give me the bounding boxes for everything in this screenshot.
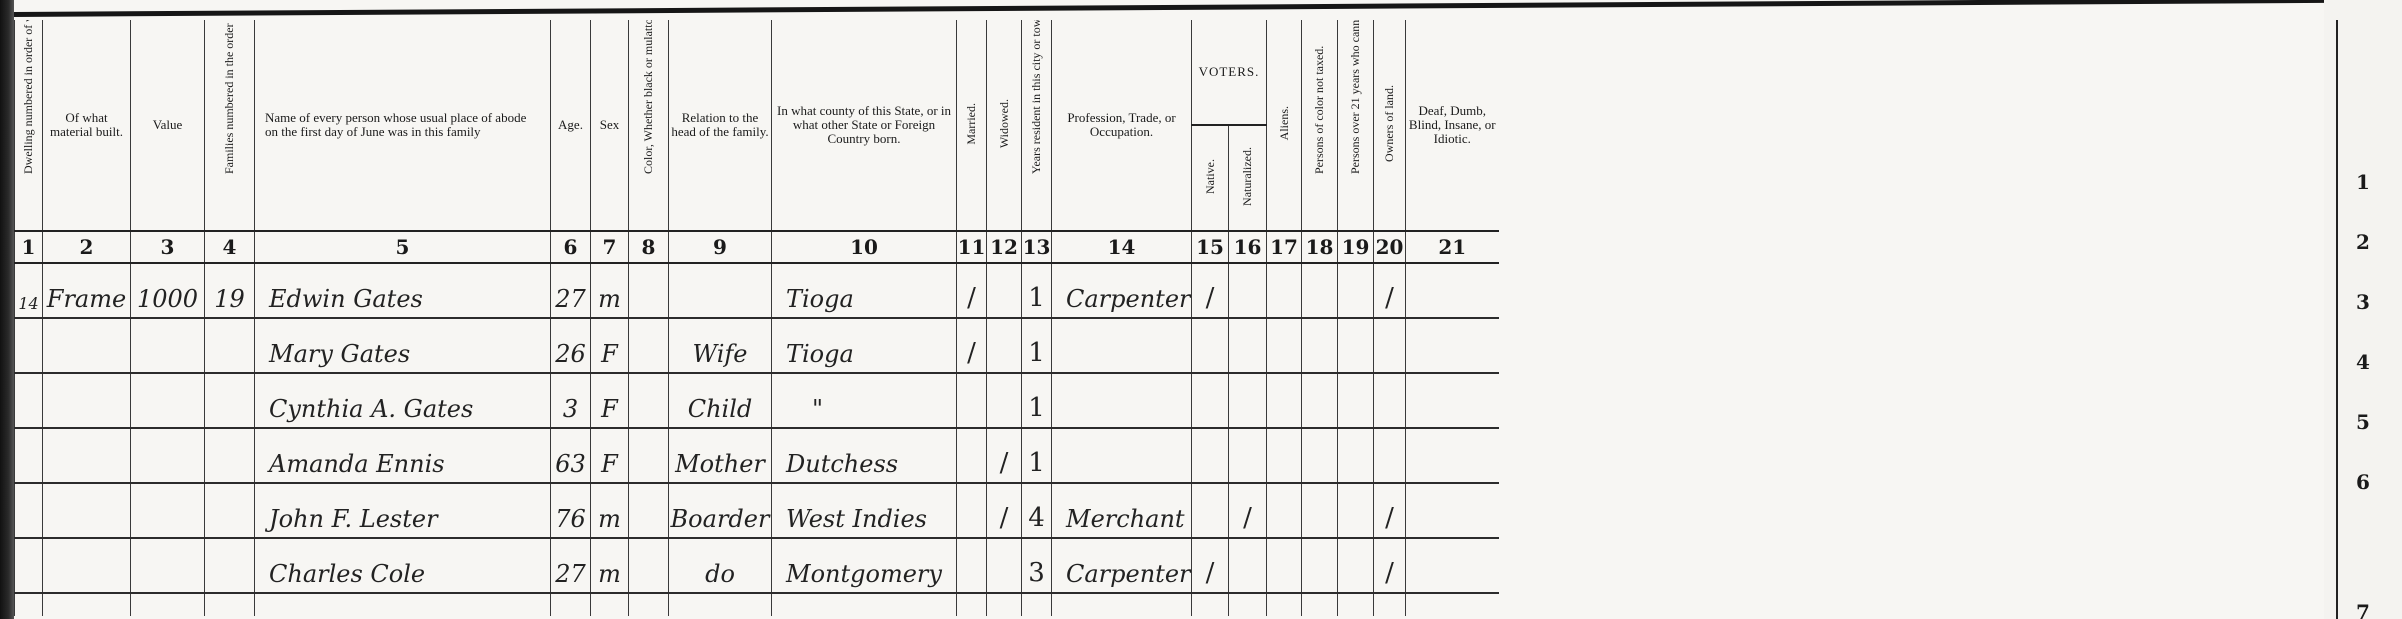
widowed bbox=[987, 373, 1022, 428]
age: 76 bbox=[551, 483, 591, 538]
header-col-6: Age. bbox=[551, 20, 591, 231]
aliens bbox=[1267, 318, 1302, 373]
header-col-19: Persons over 21 years who cannot read an… bbox=[1338, 20, 1374, 231]
table-row-partial bbox=[15, 593, 1499, 616]
voter-native bbox=[1192, 373, 1229, 428]
column-number: 10 bbox=[772, 231, 957, 263]
years-resident: 1 bbox=[1022, 318, 1052, 373]
material-built bbox=[43, 318, 131, 373]
color bbox=[629, 538, 669, 593]
table-row: Cynthia A. Gates 3 F Child " 1 bbox=[15, 373, 1499, 428]
header-col-7: Sex bbox=[591, 20, 629, 231]
line-number: 4 bbox=[2356, 350, 2370, 374]
aliens bbox=[1267, 483, 1302, 538]
header-col-17: Aliens. bbox=[1267, 20, 1302, 231]
widowed bbox=[987, 538, 1022, 593]
dwelling-number: 14 bbox=[15, 263, 43, 318]
aliens bbox=[1267, 263, 1302, 318]
column-number: 20 bbox=[1374, 231, 1406, 263]
color bbox=[629, 373, 669, 428]
column-number: 8 bbox=[629, 231, 669, 263]
column-number: 7 bbox=[591, 231, 629, 263]
birthplace: Dutchess bbox=[772, 428, 957, 483]
relation: do bbox=[669, 538, 772, 593]
age: 26 bbox=[551, 318, 591, 373]
relation: Child bbox=[669, 373, 772, 428]
color-not-taxed bbox=[1302, 428, 1338, 483]
column-number: 21 bbox=[1406, 231, 1499, 263]
line-number: 1 bbox=[2356, 170, 2370, 194]
column-number: 17 bbox=[1267, 231, 1302, 263]
owner-of-land: / bbox=[1374, 263, 1406, 318]
dwelling-number bbox=[15, 373, 43, 428]
header-col-1: Dwelling numbered in order of visitation bbox=[15, 20, 43, 231]
age: 3 bbox=[551, 373, 591, 428]
voter-native bbox=[1192, 428, 1229, 483]
header-col-2: Of what material built. bbox=[43, 20, 131, 231]
occupation: Carpenter bbox=[1052, 263, 1192, 318]
value: 1000 bbox=[131, 263, 205, 318]
occupation: Merchant bbox=[1052, 483, 1192, 538]
voter-native: / bbox=[1192, 538, 1229, 593]
person-name: Edwin Gates bbox=[255, 263, 551, 318]
family-number bbox=[205, 483, 255, 538]
column-number: 13 bbox=[1022, 231, 1052, 263]
family-number bbox=[205, 538, 255, 593]
voter-naturalized bbox=[1229, 428, 1267, 483]
disability bbox=[1406, 263, 1499, 318]
person-name: Mary Gates bbox=[255, 318, 551, 373]
birthplace: Montgomery bbox=[772, 538, 957, 593]
cannot-read-write bbox=[1338, 538, 1374, 593]
married bbox=[957, 373, 987, 428]
person-name: John F. Lester bbox=[255, 483, 551, 538]
occupation bbox=[1052, 318, 1192, 373]
column-number: 4 bbox=[205, 231, 255, 263]
occupation bbox=[1052, 373, 1192, 428]
column-number: 12 bbox=[987, 231, 1022, 263]
sex: F bbox=[591, 318, 629, 373]
material-built bbox=[43, 483, 131, 538]
column-number: 2 bbox=[43, 231, 131, 263]
header-col-11: Married. bbox=[957, 20, 987, 231]
married: / bbox=[957, 318, 987, 373]
cannot-read-write bbox=[1338, 483, 1374, 538]
cannot-read-write bbox=[1338, 263, 1374, 318]
married bbox=[957, 428, 987, 483]
header-row: Dwelling numbered in order of visitation… bbox=[15, 20, 1499, 125]
occupation bbox=[1052, 428, 1192, 483]
owner-of-land: / bbox=[1374, 538, 1406, 593]
color bbox=[629, 483, 669, 538]
age: 27 bbox=[551, 263, 591, 318]
widowed bbox=[987, 263, 1022, 318]
birthplace: Tioga bbox=[772, 263, 957, 318]
aliens bbox=[1267, 428, 1302, 483]
table-row: Amanda Ennis 63 F Mother Dutchess / 1 bbox=[15, 428, 1499, 483]
header-col-5: Name of every person whose usual place o… bbox=[255, 20, 551, 231]
color bbox=[629, 263, 669, 318]
married bbox=[957, 483, 987, 538]
family-number bbox=[205, 373, 255, 428]
column-number-row: 1 2 3 4 5 6 7 8 9 10 11 12 13 14 15 16 1… bbox=[15, 231, 1499, 263]
relation: Mother bbox=[669, 428, 772, 483]
relation: Boarder bbox=[669, 483, 772, 538]
years-resident: 1 bbox=[1022, 373, 1052, 428]
material-built bbox=[43, 538, 131, 593]
aliens bbox=[1267, 373, 1302, 428]
header-col-18: Persons of color not taxed. bbox=[1302, 20, 1338, 231]
line-number: 2 bbox=[2356, 230, 2370, 254]
column-number: 11 bbox=[957, 231, 987, 263]
dwelling-number bbox=[15, 318, 43, 373]
header-col-14: Profession, Trade, or Occupation. bbox=[1052, 20, 1192, 231]
sex: m bbox=[591, 483, 629, 538]
voter-native: / bbox=[1192, 263, 1229, 318]
header-col-20: Owners of land. bbox=[1374, 20, 1406, 231]
color bbox=[629, 318, 669, 373]
voter-naturalized bbox=[1229, 318, 1267, 373]
owner-of-land bbox=[1374, 318, 1406, 373]
header-col-15: Native. bbox=[1192, 125, 1229, 231]
census-sheet: Dwelling numbered in order of visitation… bbox=[14, 0, 2324, 619]
color-not-taxed bbox=[1302, 318, 1338, 373]
header-col-12: Widowed. bbox=[987, 20, 1022, 231]
material-built bbox=[43, 373, 131, 428]
widowed bbox=[987, 318, 1022, 373]
years-resident: 4 bbox=[1022, 483, 1052, 538]
disability bbox=[1406, 483, 1499, 538]
owner-of-land: / bbox=[1374, 483, 1406, 538]
column-number: 3 bbox=[131, 231, 205, 263]
person-name: Amanda Ennis bbox=[255, 428, 551, 483]
disability bbox=[1406, 538, 1499, 593]
color-not-taxed bbox=[1302, 373, 1338, 428]
disability bbox=[1406, 318, 1499, 373]
value bbox=[131, 318, 205, 373]
header-col-16: Naturalized. bbox=[1229, 125, 1267, 231]
column-number: 14 bbox=[1052, 231, 1192, 263]
line-number: 3 bbox=[2356, 290, 2370, 314]
dwelling-number bbox=[15, 483, 43, 538]
age: 63 bbox=[551, 428, 591, 483]
sex: m bbox=[591, 538, 629, 593]
column-number: 15 bbox=[1192, 231, 1229, 263]
voter-naturalized bbox=[1229, 263, 1267, 318]
table-row: Mary Gates 26 F Wife Tioga / 1 bbox=[15, 318, 1499, 373]
column-number: 1 bbox=[15, 231, 43, 263]
header-col-13: Years resident in this city or town. bbox=[1022, 20, 1052, 231]
cannot-read-write bbox=[1338, 428, 1374, 483]
sex: m bbox=[591, 263, 629, 318]
sex: F bbox=[591, 428, 629, 483]
line-number: 6 bbox=[2356, 470, 2370, 494]
widowed: / bbox=[987, 483, 1022, 538]
value bbox=[131, 538, 205, 593]
years-resident: 1 bbox=[1022, 263, 1052, 318]
voter-native bbox=[1192, 483, 1229, 538]
dwelling-number bbox=[15, 538, 43, 593]
age: 27 bbox=[551, 538, 591, 593]
cannot-read-write bbox=[1338, 373, 1374, 428]
table-row: 14 Frame 1000 19 Edwin Gates 27 m Tioga … bbox=[15, 263, 1499, 318]
owner-of-land bbox=[1374, 428, 1406, 483]
header-voters-group: VOTERS. bbox=[1192, 20, 1267, 125]
color-not-taxed bbox=[1302, 538, 1338, 593]
header-col-21: Deaf, Dumb, Blind, Insane, or Idiotic. bbox=[1406, 20, 1499, 231]
birthplace: " bbox=[772, 373, 957, 428]
dwelling-number bbox=[15, 428, 43, 483]
line-number: 5 bbox=[2356, 410, 2370, 434]
header-col-10: In what county of this State, or in what… bbox=[772, 20, 957, 231]
line-number-margin: 1 2 3 4 5 6 7 bbox=[2334, 0, 2394, 619]
line-number: 7 bbox=[2356, 600, 2370, 619]
years-resident: 1 bbox=[1022, 428, 1052, 483]
material-built: Frame bbox=[43, 263, 131, 318]
married bbox=[957, 538, 987, 593]
column-number: 5 bbox=[255, 231, 551, 263]
header-col-9: Relation to the head of the family. bbox=[669, 20, 772, 231]
family-number bbox=[205, 318, 255, 373]
value bbox=[131, 483, 205, 538]
color bbox=[629, 428, 669, 483]
column-number: 6 bbox=[551, 231, 591, 263]
occupation: Carpenter bbox=[1052, 538, 1192, 593]
person-name: Cynthia A. Gates bbox=[255, 373, 551, 428]
person-name: Charles Cole bbox=[255, 538, 551, 593]
relation: Wife bbox=[669, 318, 772, 373]
column-number: 19 bbox=[1338, 231, 1374, 263]
value bbox=[131, 373, 205, 428]
header-col-3: Value bbox=[131, 20, 205, 231]
voter-naturalized bbox=[1229, 373, 1267, 428]
widowed: / bbox=[987, 428, 1022, 483]
family-number bbox=[205, 428, 255, 483]
voter-naturalized bbox=[1229, 538, 1267, 593]
top-border-rule bbox=[14, 0, 2324, 17]
relation bbox=[669, 263, 772, 318]
header-col-8: Color, Whether black or mulatto bbox=[629, 20, 669, 231]
column-number: 18 bbox=[1302, 231, 1338, 263]
disability bbox=[1406, 428, 1499, 483]
years-resident: 3 bbox=[1022, 538, 1052, 593]
birthplace: Tioga bbox=[772, 318, 957, 373]
table-row: John F. Lester 76 m Boarder West Indies … bbox=[15, 483, 1499, 538]
color-not-taxed bbox=[1302, 483, 1338, 538]
value bbox=[131, 428, 205, 483]
birthplace: West Indies bbox=[772, 483, 957, 538]
aliens bbox=[1267, 538, 1302, 593]
color-not-taxed bbox=[1302, 263, 1338, 318]
voter-native bbox=[1192, 318, 1229, 373]
census-table: Dwelling numbered in order of visitation… bbox=[14, 20, 1499, 616]
page-binding-edge bbox=[0, 0, 14, 619]
voter-naturalized: / bbox=[1229, 483, 1267, 538]
cannot-read-write bbox=[1338, 318, 1374, 373]
owner-of-land bbox=[1374, 373, 1406, 428]
column-number: 16 bbox=[1229, 231, 1267, 263]
material-built bbox=[43, 428, 131, 483]
header-col-4: Families numbered in the order of their … bbox=[205, 20, 255, 231]
table-row: Charles Cole 27 m do Montgomery 3 Carpen… bbox=[15, 538, 1499, 593]
married: / bbox=[957, 263, 987, 318]
sex: F bbox=[591, 373, 629, 428]
disability bbox=[1406, 373, 1499, 428]
family-number: 19 bbox=[205, 263, 255, 318]
column-number: 9 bbox=[669, 231, 772, 263]
